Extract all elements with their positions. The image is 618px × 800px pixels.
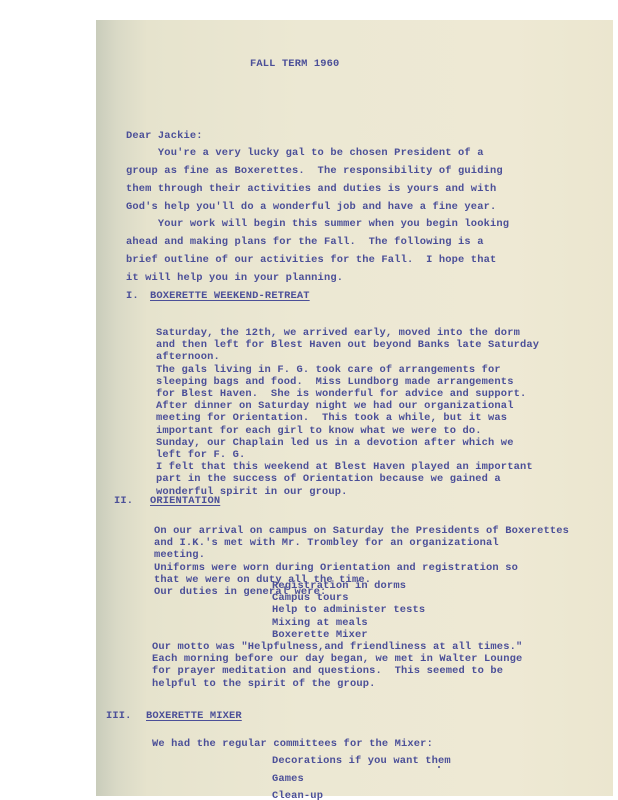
section-1-body: Saturday, the 12th, we arrived early, mo… xyxy=(156,327,539,498)
text-line: helpful to the spirit of the group. xyxy=(152,678,522,690)
text-line: Sunday, our Chaplain led us in a devotio… xyxy=(156,437,539,449)
section-2-closing: Our motto was "Helpfulness,and friendlin… xyxy=(152,641,522,690)
text-line: for Blest Haven. She is wonderful for ad… xyxy=(156,388,539,400)
text-line: Campus tours xyxy=(272,592,425,604)
text-line: meeting for Orientation. This took a whi… xyxy=(156,412,539,424)
text-line: I felt that this weekend at Blest Haven … xyxy=(156,461,539,473)
text-line: Games xyxy=(272,771,451,789)
stray-ink-mark xyxy=(438,766,440,768)
text-line: and I.K.'s met with Mr. Trombley for an … xyxy=(154,537,569,549)
text-line: We had the regular committees for the Mi… xyxy=(152,738,433,750)
typewritten-page: FALL TERM 1960 Dear Jackie: You're a ver… xyxy=(96,20,613,796)
text-line: brief outline of our activities for the … xyxy=(126,251,509,269)
text-line: Help to administer tests xyxy=(272,604,425,616)
text-line: it will help you in your planning. xyxy=(126,269,509,287)
text-line: Boxerette Mixer xyxy=(272,629,425,641)
text-line: important for each girl to know what we … xyxy=(156,425,539,437)
section-3-committees-list: Decorations if you want themGamesClean-u… xyxy=(272,753,451,800)
text-line: Decorations if you want them xyxy=(272,753,451,771)
intro-paragraph-1: You're a very lucky gal to be chosen Pre… xyxy=(126,144,503,216)
text-line: Our motto was "Helpfulness,and friendlin… xyxy=(152,641,522,653)
text-line: ahead and making plans for the Fall. The… xyxy=(126,233,509,251)
section-2-numeral: II. xyxy=(114,495,133,507)
text-line: for prayer meditation and questions. Thi… xyxy=(152,665,522,677)
text-line: The gals living in F. G. took care of ar… xyxy=(156,364,539,376)
text-line: Registration in dorms xyxy=(272,580,425,592)
text-line: You're a very lucky gal to be chosen Pre… xyxy=(126,144,503,162)
text-line: Mixing at meals xyxy=(272,617,425,629)
text-line: Your work will begin this summer when yo… xyxy=(126,215,509,233)
text-line: and then left for Blest Haven out beyond… xyxy=(156,339,539,351)
text-line: meeting. xyxy=(154,549,569,561)
text-line: Uniforms were worn during Orientation an… xyxy=(154,562,569,574)
salutation: Dear Jackie: xyxy=(126,130,203,142)
section-1-numeral: I. xyxy=(126,290,139,302)
intro-paragraph-2: Your work will begin this summer when yo… xyxy=(126,215,509,287)
text-line: God's help you'll do a wonderful job and… xyxy=(126,198,503,216)
section-3-body: We had the regular committees for the Mi… xyxy=(152,738,433,750)
section-2-heading: ORIENTATION xyxy=(150,495,220,507)
text-line: afternoon. xyxy=(156,351,539,363)
text-line: On our arrival on campus on Saturday the… xyxy=(154,525,569,537)
text-line: part in the success of Orientation becau… xyxy=(156,473,539,485)
text-line: them through their activities and duties… xyxy=(126,180,503,198)
section-1-heading: BOXERETTE WEEKEND-RETREAT xyxy=(150,290,310,302)
section-3-heading: BOXERETTE MIXER xyxy=(146,710,242,722)
text-line: After dinner on Saturday night we had ou… xyxy=(156,400,539,412)
section-2-duties-list: Registration in dormsCampus toursHelp to… xyxy=(272,580,425,641)
text-line: Saturday, the 12th, we arrived early, mo… xyxy=(156,327,539,339)
text-line: Clean-up xyxy=(272,788,451,800)
section-3-numeral: III. xyxy=(106,710,132,722)
page-title: FALL TERM 1960 xyxy=(250,58,339,70)
text-line: left for F. G. xyxy=(156,449,539,461)
text-line: group as fine as Boxerettes. The respons… xyxy=(126,162,503,180)
text-line: sleeping bags and food. Miss Lundborg ma… xyxy=(156,376,539,388)
text-line: Each morning before our day began, we me… xyxy=(152,653,522,665)
